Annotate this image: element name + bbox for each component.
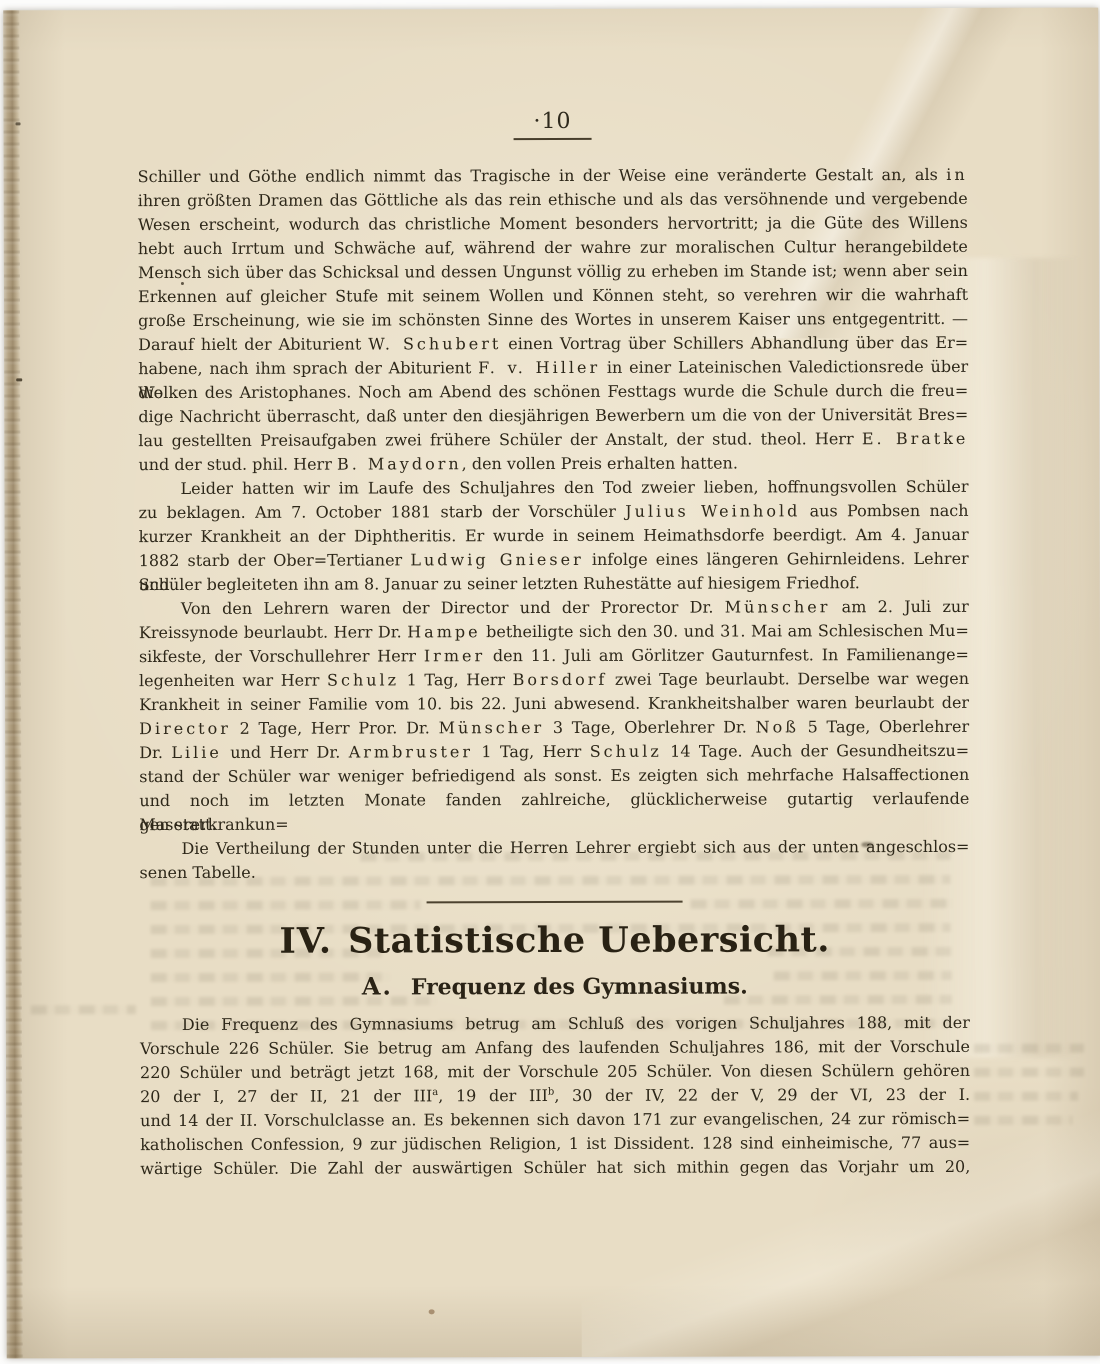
text-line: kurzer Krankheit an der Diphtheritis. Er… (139, 523, 969, 549)
text-line: Schüler begleiteten ihn am 8. Januar zu … (139, 571, 969, 597)
text-line: Krankheit in seiner Familie vom 10. bis … (139, 691, 969, 717)
text-line: 20 der I, 27 der II, 21 der IIIa, 19 der… (140, 1083, 970, 1109)
letterspaced-name: B. Maydorn (337, 454, 462, 473)
text-line: zu beklagen. Am 7. October 1881 starb de… (139, 499, 969, 525)
letterspaced-name: Ludwig Gnieser (410, 550, 583, 569)
binding-edge (3, 10, 23, 1358)
section-divider-rule (427, 901, 683, 904)
paragraph: Von den Lehrern waren der Director und d… (139, 595, 970, 837)
text-line: katholischen Confession, 9 zur jüdischen… (140, 1131, 970, 1157)
text-line: Leider hatten wir im Laufe des Schuljahr… (138, 475, 968, 501)
letterspaced-name: Julius Weinhold (625, 501, 800, 520)
letterspaced-name: Lilie (171, 743, 222, 762)
show-through-artifact (974, 1092, 1078, 1101)
text-line: Darauf hielt der Abiturient W. Schubert … (138, 331, 968, 357)
page-number: ·10 (137, 108, 967, 135)
text-line: Director 2 Tage, Herr Pror. Dr. Münscher… (139, 715, 969, 741)
letterspaced-name: W. Schubert (368, 334, 501, 353)
text-line: Mensch sich über das Schicksal und desse… (138, 259, 968, 285)
letterspaced-name: Hampe (407, 622, 480, 641)
letterspaced-name: Schulz (327, 670, 399, 689)
body-text: Schiller und Göthe endlich nimmt das Tra… (138, 163, 970, 885)
letterspaced-name: Irmer (424, 646, 485, 665)
letterspaced-name: Armbruster (349, 742, 473, 761)
paragraph: Schiller und Göthe endlich nimmt das Tra… (138, 163, 969, 477)
text-line: senen Tabelle. (139, 859, 969, 885)
text-line: und noch im letzten Monate fanden zahlre… (139, 787, 969, 813)
letterspaced-name: Münscher (439, 718, 545, 737)
text-line: hebt auch Irrtum und Schwäche auf, währe… (138, 235, 968, 261)
letterspaced-name: Noß (756, 717, 799, 736)
text-line: habene, nach ihm sprach der Abiturient F… (138, 355, 968, 381)
superscript: b (548, 1087, 554, 1098)
paper-speck (16, 378, 22, 381)
paper-speck (16, 122, 21, 125)
letterspaced-name: F. v. Hiller (478, 358, 600, 377)
text-line: stand der Schüler war weniger befriedige… (139, 763, 969, 789)
text-line: 220 Schüler und beträgt jetzt 168, mit d… (140, 1059, 970, 1085)
text-line: und 14 der II. Vorschulclasse an. Es bek… (140, 1107, 970, 1133)
text-line: Dr. Lilie und Herr Dr. Armbruster 1 Tag,… (139, 739, 969, 765)
letterspaced-name: Münscher (725, 597, 831, 616)
page-content: ·10 Schiller und Göthe endlich nimmt das… (137, 108, 970, 1181)
paragraph: Die Frequenz des Gymnasiums betrug am Sc… (140, 1011, 970, 1181)
text-line: dige Nachricht überrascht, daß unter den… (138, 403, 968, 429)
text-line: ihren größten Dramen das Göttliche als d… (138, 187, 968, 213)
document-page: ·10 Schiller und Göthe endlich nimmt das… (3, 8, 1100, 1359)
letterspaced-name: Director (139, 719, 231, 738)
text-line: Wolken des Aristophanes. Noch am Abend d… (138, 379, 968, 405)
text-line: Schiller und Göthe endlich nimmt das Tra… (138, 163, 968, 189)
paper-speck (429, 1309, 435, 1314)
show-through-artifact (974, 1116, 1072, 1125)
text-line: wärtige Schüler. Die Zahl der auswärtige… (140, 1155, 970, 1181)
text-line: Von den Lehrern waren der Director und d… (139, 595, 969, 621)
subsection-letter: A. (362, 971, 393, 1000)
text-line: Kreissynode beurlaubt. Herr Dr. Hampe be… (139, 619, 969, 645)
paragraph: Leider hatten wir im Laufe des Schuljahr… (138, 475, 968, 597)
show-through-artifact (974, 1044, 1084, 1053)
show-through-artifact (31, 1005, 136, 1014)
text-line: Erkennen auf gleicher Stufe mit seinem W… (138, 283, 968, 309)
letterspaced-name: in (946, 165, 967, 184)
text-line: große Erscheinung, wie sie im schönsten … (138, 307, 968, 333)
frequenz-text: Die Frequenz des Gymnasiums betrug am Sc… (140, 1011, 970, 1181)
section-numeral: IV. (279, 921, 332, 962)
text-line: 1882 starb der Ober=Tertianer Ludwig Gni… (139, 547, 969, 573)
page-number-rule (514, 138, 592, 140)
text-line: Die Vertheilung der Stunden unter die He… (139, 835, 969, 861)
letterspaced-name: Schulz (590, 742, 662, 761)
paragraph: Die Vertheilung der Stunden unter die He… (139, 835, 969, 885)
text-line: lau gestellten Preisaufgaben zwei früher… (138, 427, 968, 453)
text-line: und der stud. phil. Herr B. Maydorn, den… (138, 451, 968, 477)
superscript: a (432, 1087, 438, 1098)
letterspaced-name: Borsdorf (513, 670, 608, 689)
subsection-heading: A.Frequenz des Gymnasiums. (140, 971, 970, 1002)
show-through-artifact (974, 1068, 1084, 1077)
text-line: Die Frequenz des Gymnasiums betrug am Sc… (140, 1011, 970, 1037)
text-line: legenheiten war Herr Schulz 1 Tag, Herr … (139, 667, 969, 693)
letterspaced-name: E. Bratke (862, 429, 969, 448)
text-line: sikfeste, der Vorschullehrer Herr Irmer … (139, 643, 969, 669)
text-line: Wesen erscheint, wodurch das christliche… (138, 211, 968, 237)
section-heading: IV.Statistische Uebersicht. (140, 918, 970, 964)
text-line: Vorschule 226 Schüler. Sie betrug am Anf… (140, 1035, 970, 1061)
subsection-title: Frequenz des Gymnasiums. (411, 973, 748, 1000)
section-title: Statistische Uebersicht. (348, 919, 830, 961)
